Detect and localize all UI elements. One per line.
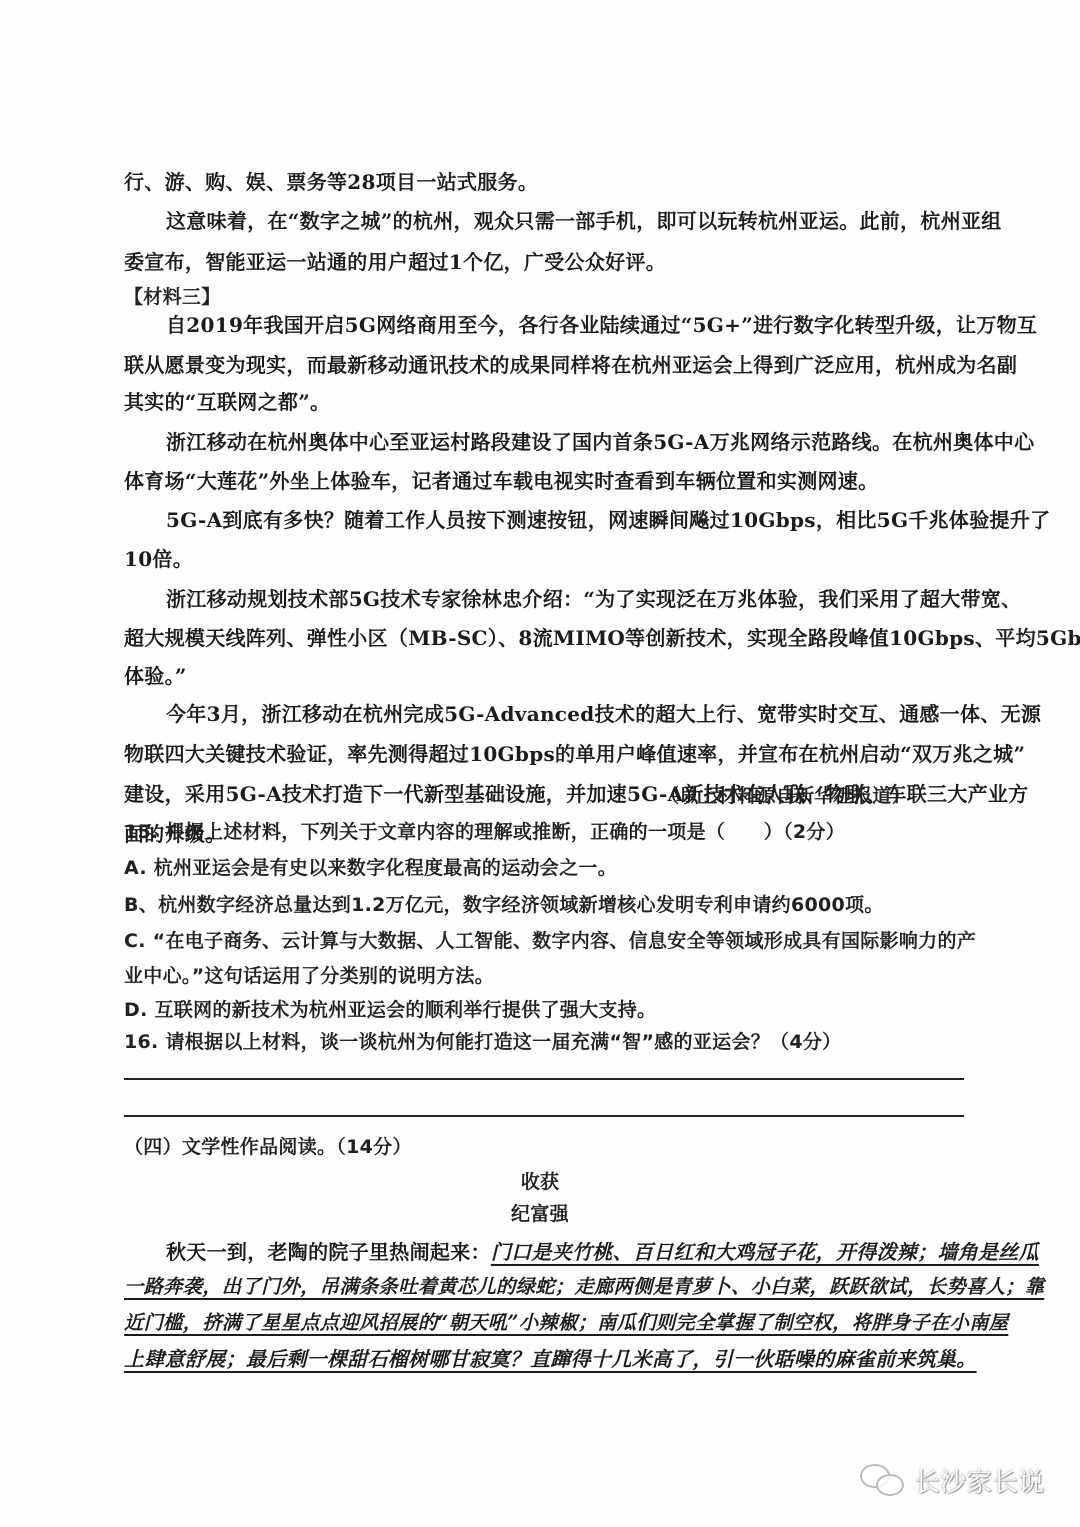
question-15-stem: 15. 根据上述材料，下列关于文章内容的理解或推断，正确的一项是（ ）（2分）: [124, 818, 845, 846]
text-line: 体育场“大莲花”外坐上体验车，记者通过车载电视实时查看到车辆位置和实测网速。: [124, 467, 878, 495]
text-line: 浙江移动在杭州奥体中心至亚运村路段建设了国内首条5G-A万兆网络示范路线。在杭州…: [166, 428, 1034, 456]
text-line: 体验。”: [124, 662, 187, 690]
answer-line[interactable]: [124, 1115, 964, 1117]
watermark: 长沙家长说: [860, 1462, 1044, 1499]
text-line: 这意味着，在“数字之城”的杭州，观众只需一部手机，即可以玩转杭州亚运。此前，杭州…: [166, 207, 1002, 235]
exam-page: 行、游、购、娱、票务等28项目一站式服务。 这意味着，在“数字之城”的杭州，观众…: [0, 0, 1080, 1527]
question-15-option-c[interactable]: C. “在电子商务、云计算与大数据、人工智能、数字内容、信息安全等领域形成具有国…: [124, 927, 976, 955]
text-line: 其实的“互联网之都”。: [124, 388, 330, 416]
underlined-text: 上肆意舒展；最后剩一棵甜石榴树哪甘寂寞？直蹿得十几米高了，引一伙聒噪的麻雀前来筑…: [124, 1345, 977, 1373]
answer-line[interactable]: [124, 1078, 964, 1080]
text-line: 自2019年我国开启5G网络商用至今，各行各业陆续通过“5G+”进行数字化转型升…: [166, 311, 1037, 339]
text-line: 5G-A到底有多快？随着工作人员按下测速按钮，网速瞬间飚过10Gbps，相比5G…: [166, 506, 1050, 534]
story-lead-text: 秋天一到，老陶的院子里热闹起来：: [166, 1240, 491, 1264]
underlined-text: 门口是夹竹桃、百日红和大鸡冠子花，开得泼辣；墙角是丝瓜: [491, 1240, 1039, 1264]
source-note: （以上材料源自新华社报道）: [660, 782, 911, 810]
question-16-stem: 16. 请根据以上材料，谈一谈杭州为何能打造这一届充满“智”感的亚运会？（4分）: [124, 1028, 841, 1056]
wechat-icon: [860, 1464, 904, 1498]
watermark-text: 长沙家长说: [914, 1462, 1044, 1499]
story-title: 收获: [0, 1168, 1080, 1196]
text-line: 超大规模天线阵列、弹性小区（MB-SC）、8流MIMO等创新技术，实现全路段峰值…: [124, 624, 1080, 652]
text-line: 物联四大关键技术验证，率先测得超过10Gbps的单用户峰值速率，并宣布在杭州启动…: [124, 740, 1025, 768]
story-author: 纪富强: [0, 1200, 1080, 1228]
text-line: 委宣布，智能亚运一站通的用户超过1个亿，广受公众好评。: [124, 248, 666, 276]
question-15-option-b[interactable]: B、杭州数字经济总量达到1.2万亿元，数字经济领域新增核心发明专利申请约6000…: [124, 891, 884, 919]
text-line: 今年3月，浙江移动在杭州完成5G-Advanced技术的超大上行、宽带实时交互、…: [166, 700, 1041, 728]
story-paragraph-line: 秋天一到，老陶的院子里热闹起来：门口是夹竹桃、百日红和大鸡冠子花，开得泼辣；墙角…: [166, 1238, 1039, 1266]
text-line: 浙江移动规划技术部5G技术专家徐林忠介绍：“为了实现泛在万兆体验，我们采用了超大…: [166, 585, 1021, 613]
text-line: 行、游、购、娱、票务等28项目一站式服务。: [124, 168, 538, 196]
underlined-text: 近门槛，挤满了星星点点迎风招展的“朝天吼”小辣椒；南瓜们则完全掌握了制空权，将胖…: [124, 1309, 1008, 1337]
material-three-heading: 【材料三】: [124, 283, 221, 311]
underlined-text: 一路奔袭，出了门外，吊满条条吐着黄芯儿的绿蛇；走廊两侧是青萝卜、小白菜，跃跃欲试…: [124, 1273, 1044, 1301]
question-15-option-c-cont: 业中心。”这句话运用了分类别的说明方法。: [124, 962, 494, 990]
text-line: 10倍。: [124, 545, 193, 573]
text-line: 联从愿景变为现实，而最新移动通讯技术的成果同样将在杭州亚运会上得到广泛应用，杭州…: [124, 351, 1017, 379]
question-15-option-d[interactable]: D. 互联网的新技术为杭州亚运会的顺利举行提供了强大支持。: [124, 996, 656, 1024]
question-15-option-a[interactable]: A. 杭州亚运会是有史以来数字化程度最高的运动会之一。: [124, 854, 617, 882]
section-four-heading: （四）文学性作品阅读。（14分）: [124, 1133, 412, 1161]
